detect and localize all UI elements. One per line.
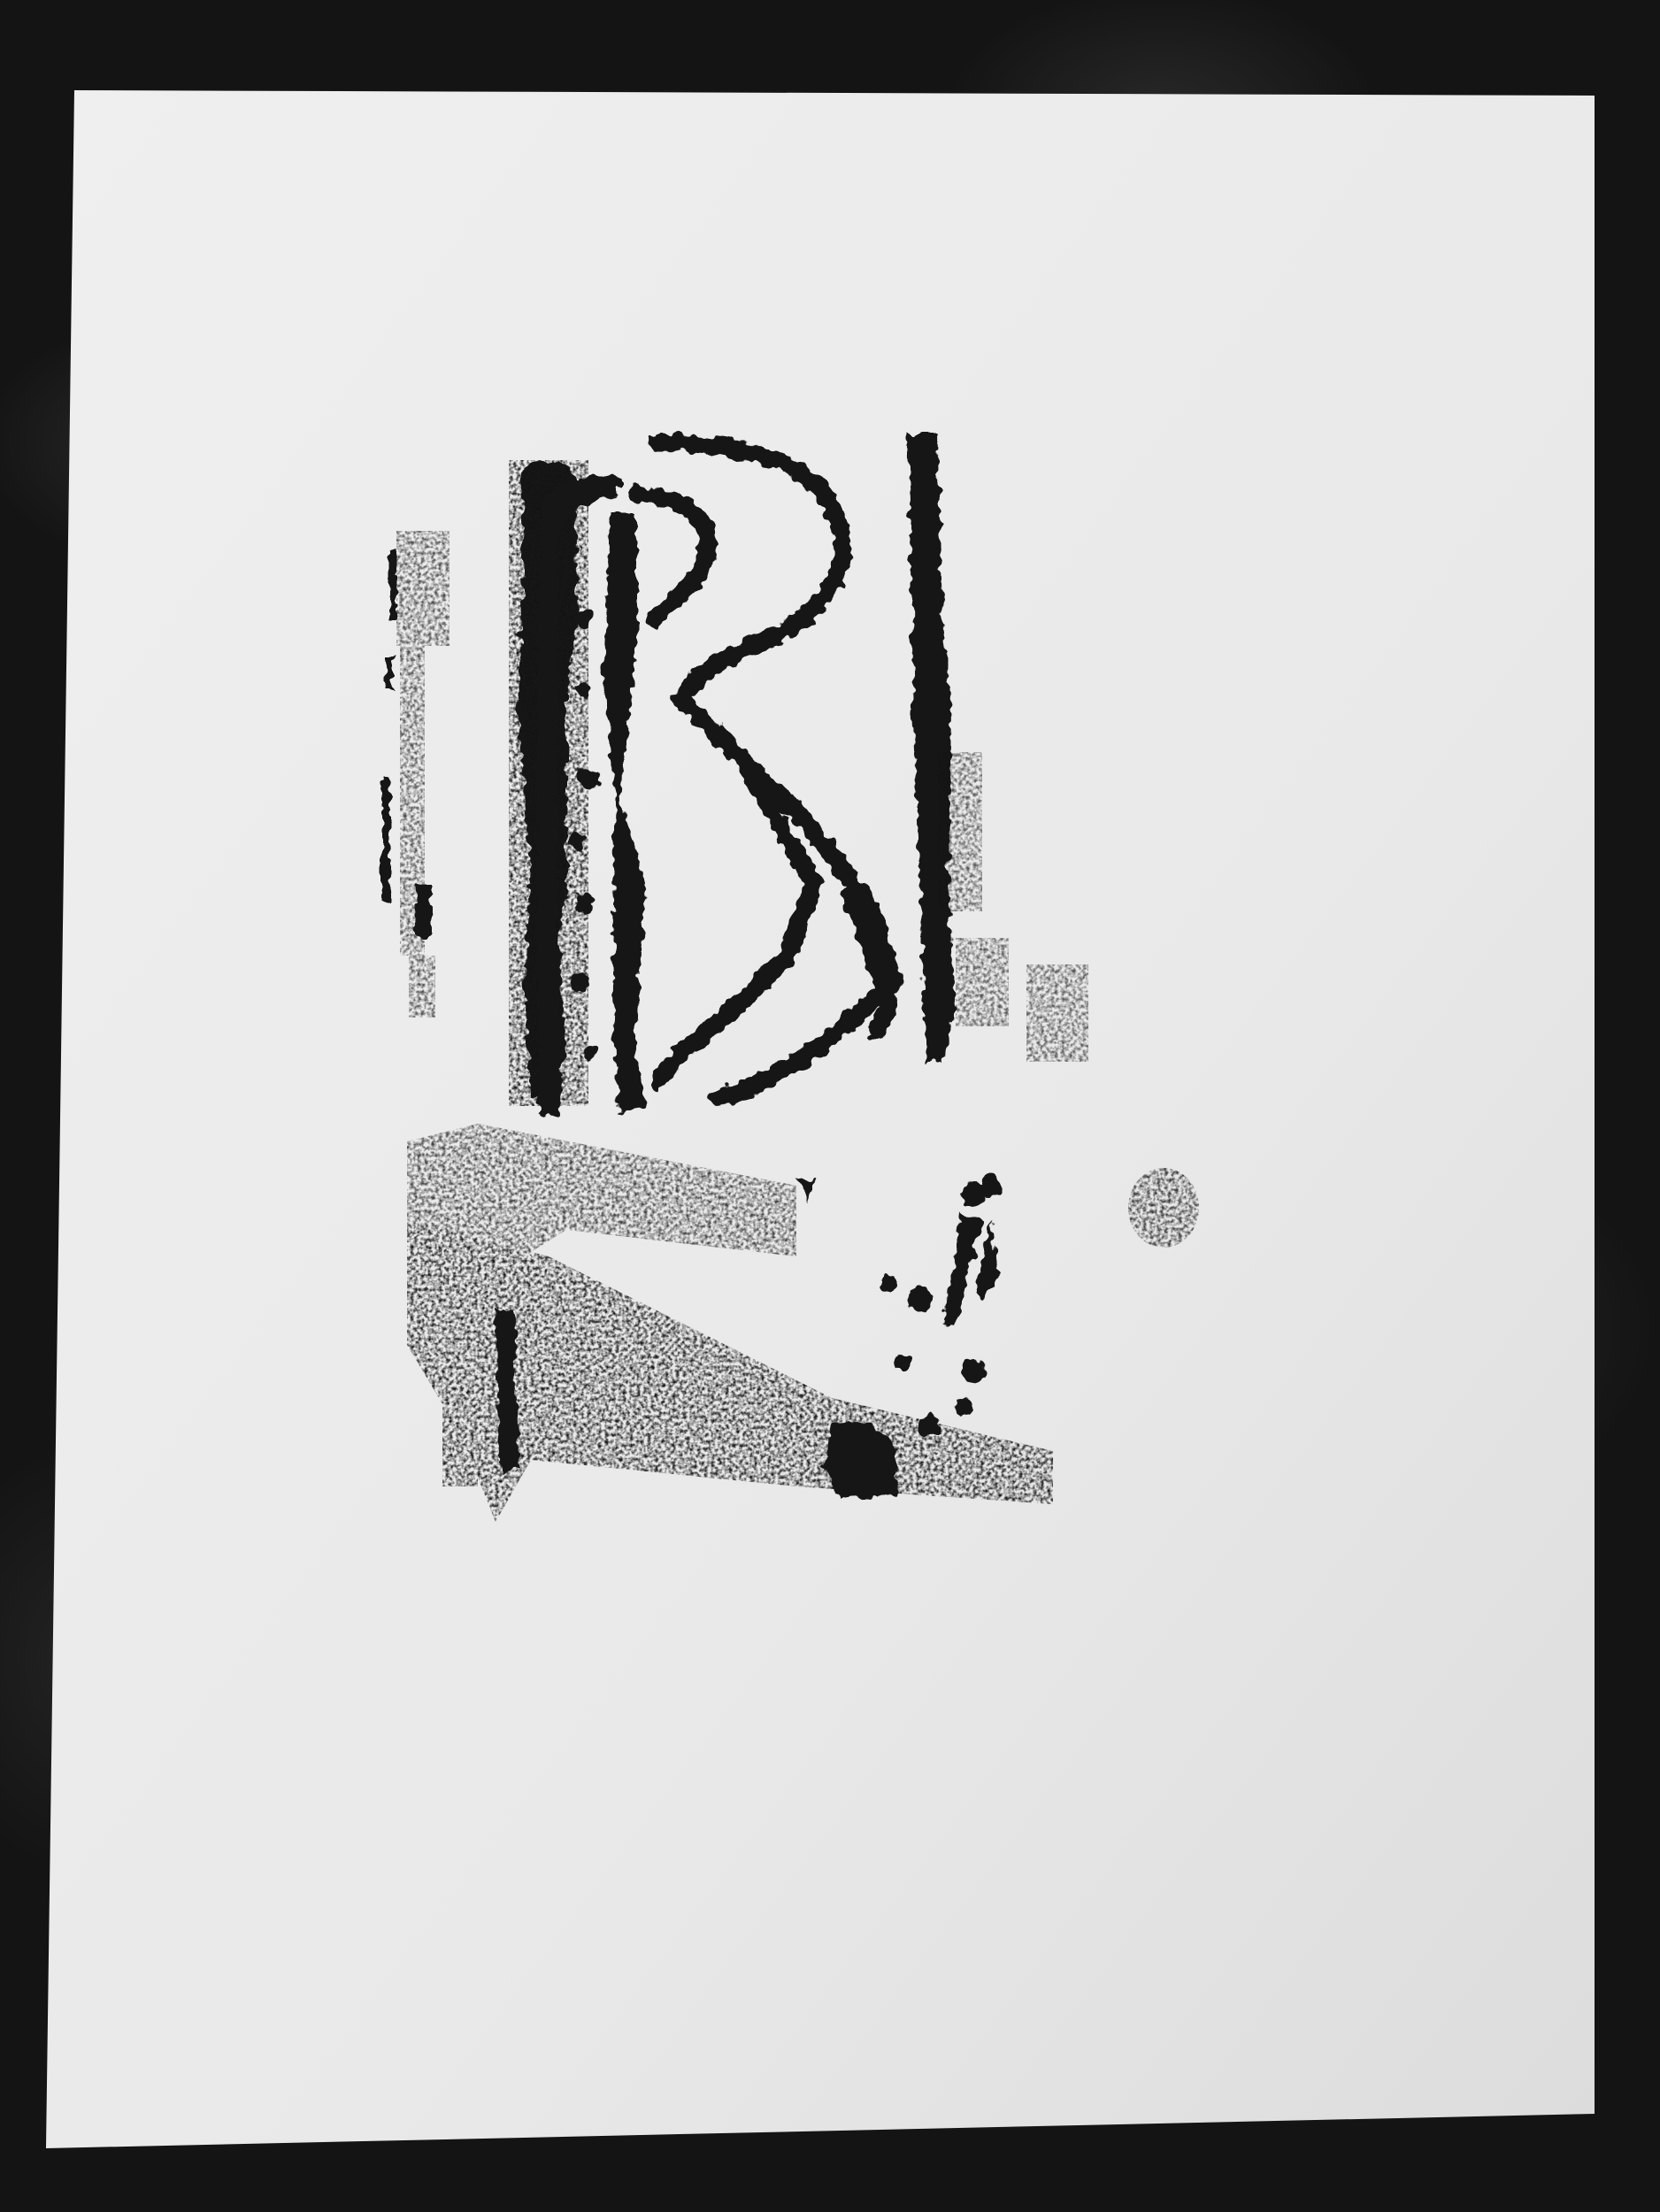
right-small-smudge [1128,1168,1199,1248]
print-sheet [0,0,1660,2212]
monoprint-artwork [0,0,1660,2212]
paper-sheet [46,90,1595,2148]
